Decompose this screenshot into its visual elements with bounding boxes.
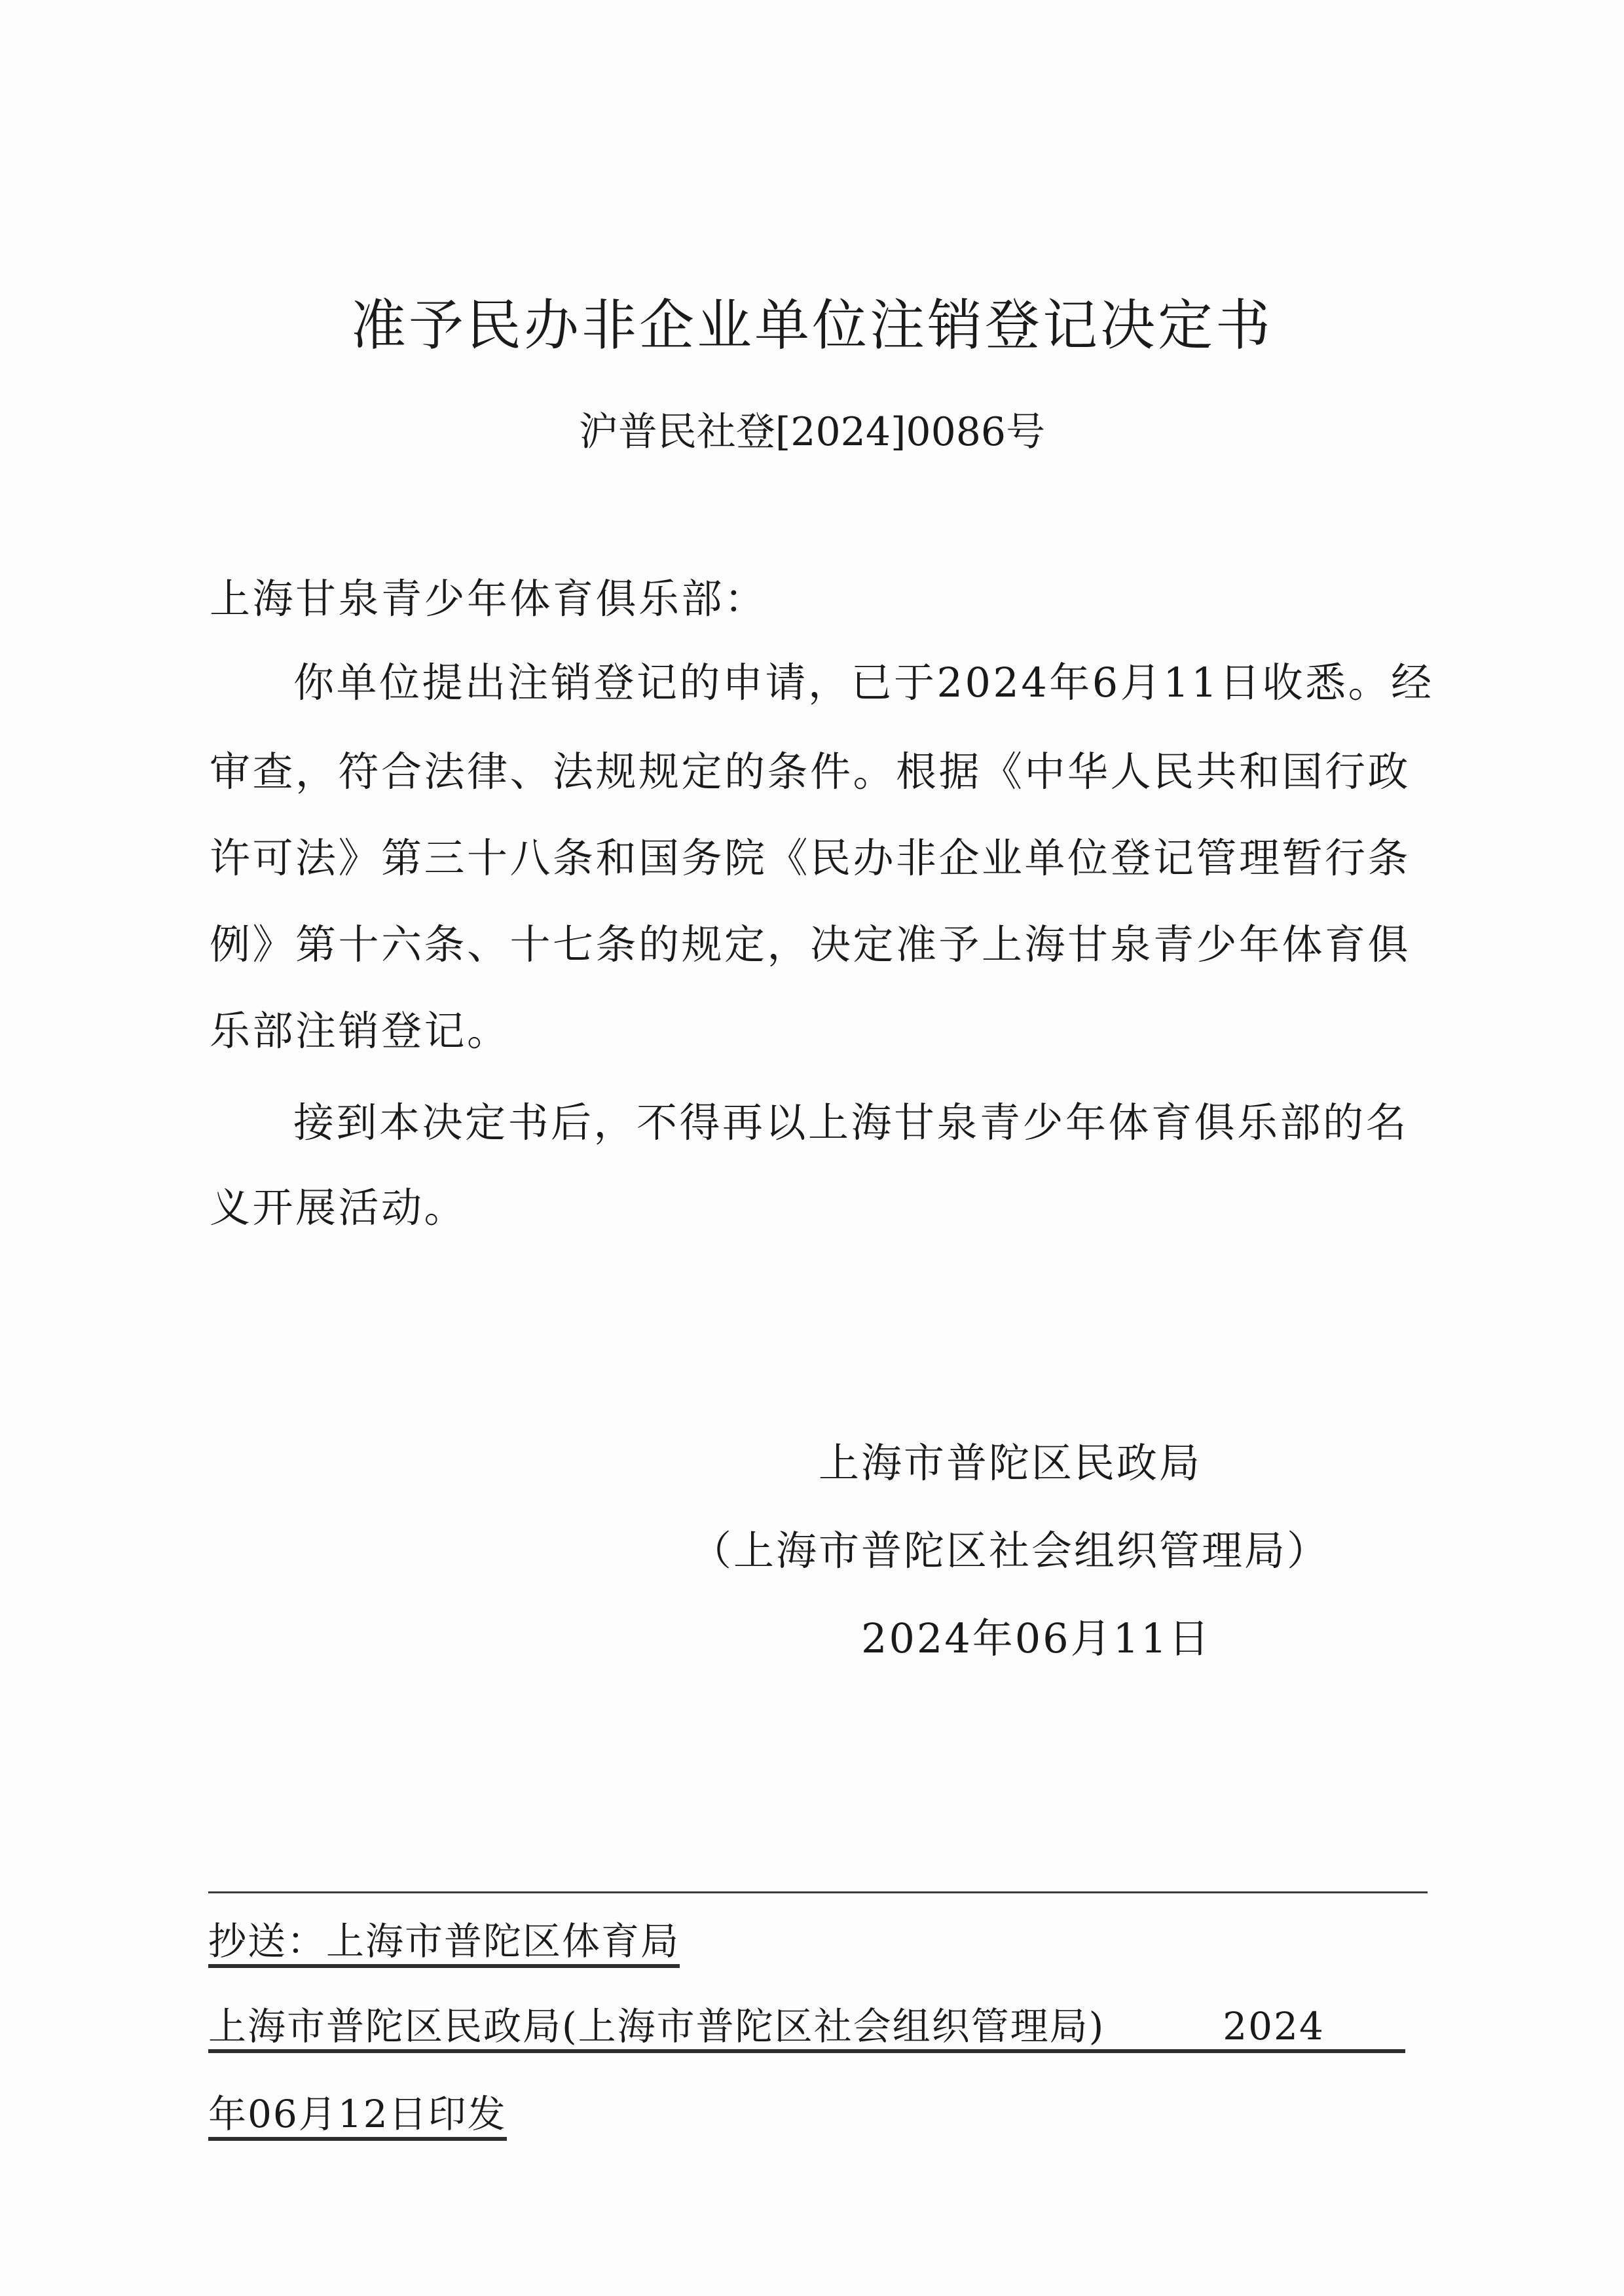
body-line: 许可法》第三十八条和国务院《民办非企业单位登记管理暂行条	[210, 838, 1411, 879]
issue-date: 2024年06月11日	[861, 1618, 1211, 1659]
document-number: 沪普民社登[2024]0086号	[0, 401, 1624, 457]
print-date-line: 年06月12日印发	[208, 2095, 507, 2141]
issuer-name: 上海市普陀区民政局	[819, 1443, 1202, 1484]
salutation: 上海甘泉青少年体育俱乐部：	[210, 579, 767, 619]
footer-divider	[208, 1891, 1428, 1893]
body-line: 例》第十六条、十七条的规定，决定准予上海甘泉青少年体育俱	[210, 924, 1411, 965]
body-line: 乐部注销登记。	[210, 1011, 510, 1051]
issuer-alt-name: （上海市普陀区社会组织管理局）	[691, 1531, 1329, 1571]
body-line: 接到本决定书后，不得再以上海甘泉青少年体育俱乐部的名	[293, 1102, 1409, 1143]
body-line: 义开展活动。	[210, 1188, 467, 1228]
document-title: 准予民办非企业单位注销登记决定书	[0, 282, 1624, 361]
cc-line: 抄送：上海市普陀区体育局	[208, 1922, 680, 1968]
body-line: 你单位提出注销登记的申请，已于2024年6月11日收悉。经	[293, 663, 1434, 703]
body-line: 审查，符合法律、法规规定的条件。根据《中华人民共和国行政	[210, 752, 1411, 792]
printer-line: 上海市普陀区民政局(上海市普陀区社会组织管理局) 2024	[208, 2007, 1405, 2053]
